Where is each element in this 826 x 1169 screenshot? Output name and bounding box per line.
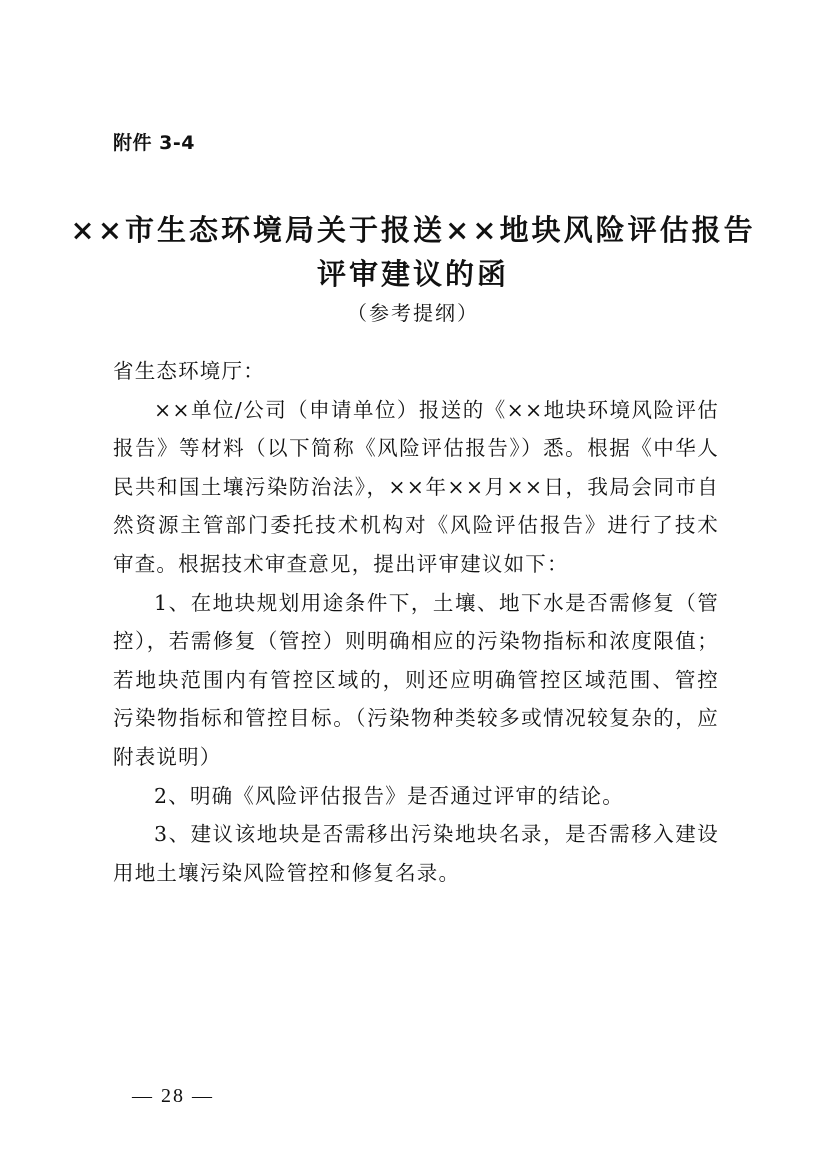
document-body: 省生态环境厅： ××单位/公司（申请单位）报送的《××地块环境风险评估报告》等材… [113,352,719,892]
page-number: — 28 — [132,1085,214,1108]
paragraph-item-1: 1、在地块规划用途条件下，土壤、地下水是否需修复（管控），若需修复（管控）则明确… [113,584,719,777]
document-title-line-2: 评审建议的函 [0,252,826,293]
document-subtitle: （参考提纲） [0,297,826,326]
salutation: 省生态环境厅： [113,352,719,391]
paragraph-item-2: 2、明确《风险评估报告》是否通过评审的结论。 [113,777,719,816]
document-title-line-1: ××市生态环境局关于报送××地块风险评估报告 [0,208,826,249]
paragraph-intro: ××单位/公司（申请单位）报送的《××地块环境风险评估报告》等材料（以下简称《风… [113,391,719,584]
attachment-label: 附件 3-4 [113,128,195,155]
paragraph-item-3: 3、建议该地块是否需移出污染地块名录，是否需移入建设用地土壤污染风险管控和修复名… [113,815,719,892]
